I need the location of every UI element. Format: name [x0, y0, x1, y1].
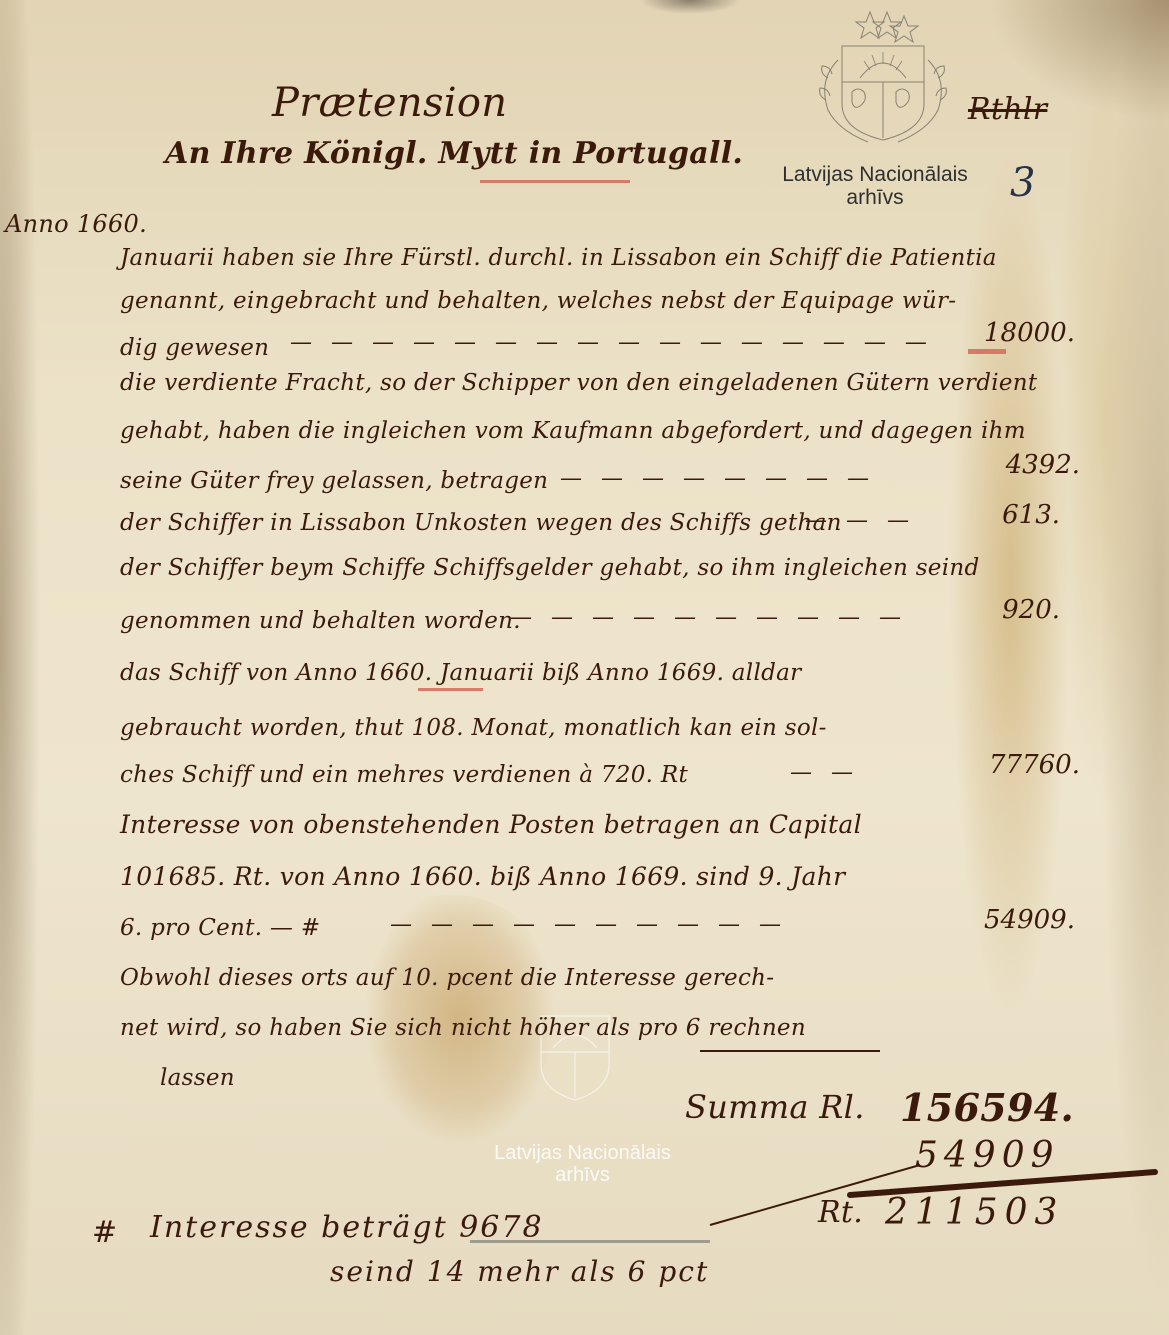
amount-entry: 4392.: [940, 450, 1080, 480]
pencil-strike: [470, 1240, 710, 1243]
body-line: gehabt, haben die ingleichen vom Kaufman…: [120, 418, 1026, 444]
red-underline-1660: [418, 688, 483, 691]
body-line: Januarii haben sie Ihre Fürstl. durchl. …: [120, 245, 997, 271]
leader-dashes: — — — — — — — — — —: [510, 605, 907, 630]
watermark-line2: arhīvs: [765, 186, 985, 209]
leader-dashes: — — — — — — — — — — — — — — — —: [290, 330, 933, 355]
body-line: ches Schiff und ein mehres verdienen à 7…: [120, 762, 688, 788]
body-line: Interesse von obenstehenden Posten betra…: [120, 810, 862, 839]
flourish-line: [700, 1050, 880, 1052]
body-line: genommen und behalten worden.: [120, 608, 521, 634]
body-line: der Schiffer in Lissabon Unkosten wegen …: [120, 510, 842, 536]
document-page: Latvijas Nacionālais arhīvs Latvijas Nac…: [0, 0, 1169, 1335]
body-line: 101685. Rt. von Anno 1660. biß Anno 1669…: [120, 862, 845, 891]
body-line: das Schiff von Anno 1660. Januarii biß A…: [120, 660, 801, 686]
amount-entry: 613.: [920, 500, 1060, 530]
amount-entry: 77760.: [940, 750, 1080, 780]
leader-dashes: — — —: [805, 508, 915, 533]
archive-watermark-bottom: Latvijas Nacionālais arhīvs: [465, 1142, 700, 1186]
leader-dashes: — — — — — — — — — —: [390, 912, 787, 937]
watermark-line1: Latvijas Nacionālais: [765, 163, 985, 186]
summa-value: 156594.: [900, 1085, 1074, 1130]
body-line: genannt, eingebracht und behalten, welch…: [120, 288, 956, 314]
total-value: 211503: [885, 1192, 1064, 1233]
body-line: net wird, so haben Sie sich nicht höher …: [120, 1015, 806, 1041]
body-line: Obwohl dieses orts auf 10. pcent die Int…: [120, 965, 774, 991]
leader-dashes: — —: [790, 760, 859, 785]
amount-entry: 920.: [920, 595, 1060, 625]
body-line: seine Güter frey gelassen, betragen: [120, 468, 548, 494]
page-number: 3: [1010, 160, 1036, 206]
body-line: die verdiente Fracht, so der Schipper vo…: [120, 370, 1037, 396]
amount-entry: 54909.: [935, 905, 1075, 935]
archive-watermark-top: Latvijas Nacionālais arhīvs: [765, 163, 985, 209]
red-underline-portugall: [480, 180, 630, 183]
body-line: 6. pro Cent. — #: [120, 915, 320, 941]
body-line: dig gewesen: [120, 335, 269, 361]
leader-dashes: — — — — — — — —: [560, 466, 875, 491]
document-subtitle: An Ihre Königl. Mytt in Portugall.: [165, 136, 743, 171]
summa-label: Summa Rl.: [685, 1088, 865, 1126]
body-line: der Schiffer beym Schiffe Schiffsgelder …: [120, 555, 980, 581]
total-label: Rt.: [818, 1195, 863, 1230]
water-stain-right-edge: [1050, 40, 1160, 800]
margin-date: Anno 1660.: [5, 210, 147, 238]
red-mark-18000: [968, 349, 1006, 354]
footnote-line2: seind 14 mehr als 6 pct: [330, 1255, 709, 1288]
currency-header-struck: Rthlr: [968, 92, 1047, 127]
watermark-line1: Latvijas Nacionālais: [465, 1142, 700, 1164]
body-line: lassen: [160, 1065, 235, 1091]
document-title: Prætension: [272, 80, 507, 126]
body-line: gebraucht worden, thut 108. Monat, monat…: [120, 715, 827, 741]
footnote-marker: #: [92, 1215, 117, 1250]
watermark-line2: arhīvs: [465, 1164, 700, 1186]
amount-entry: 18000.: [935, 318, 1075, 348]
tear-top: [640, 0, 740, 25]
coat-of-arms-watermark-icon: [808, 8, 958, 156]
